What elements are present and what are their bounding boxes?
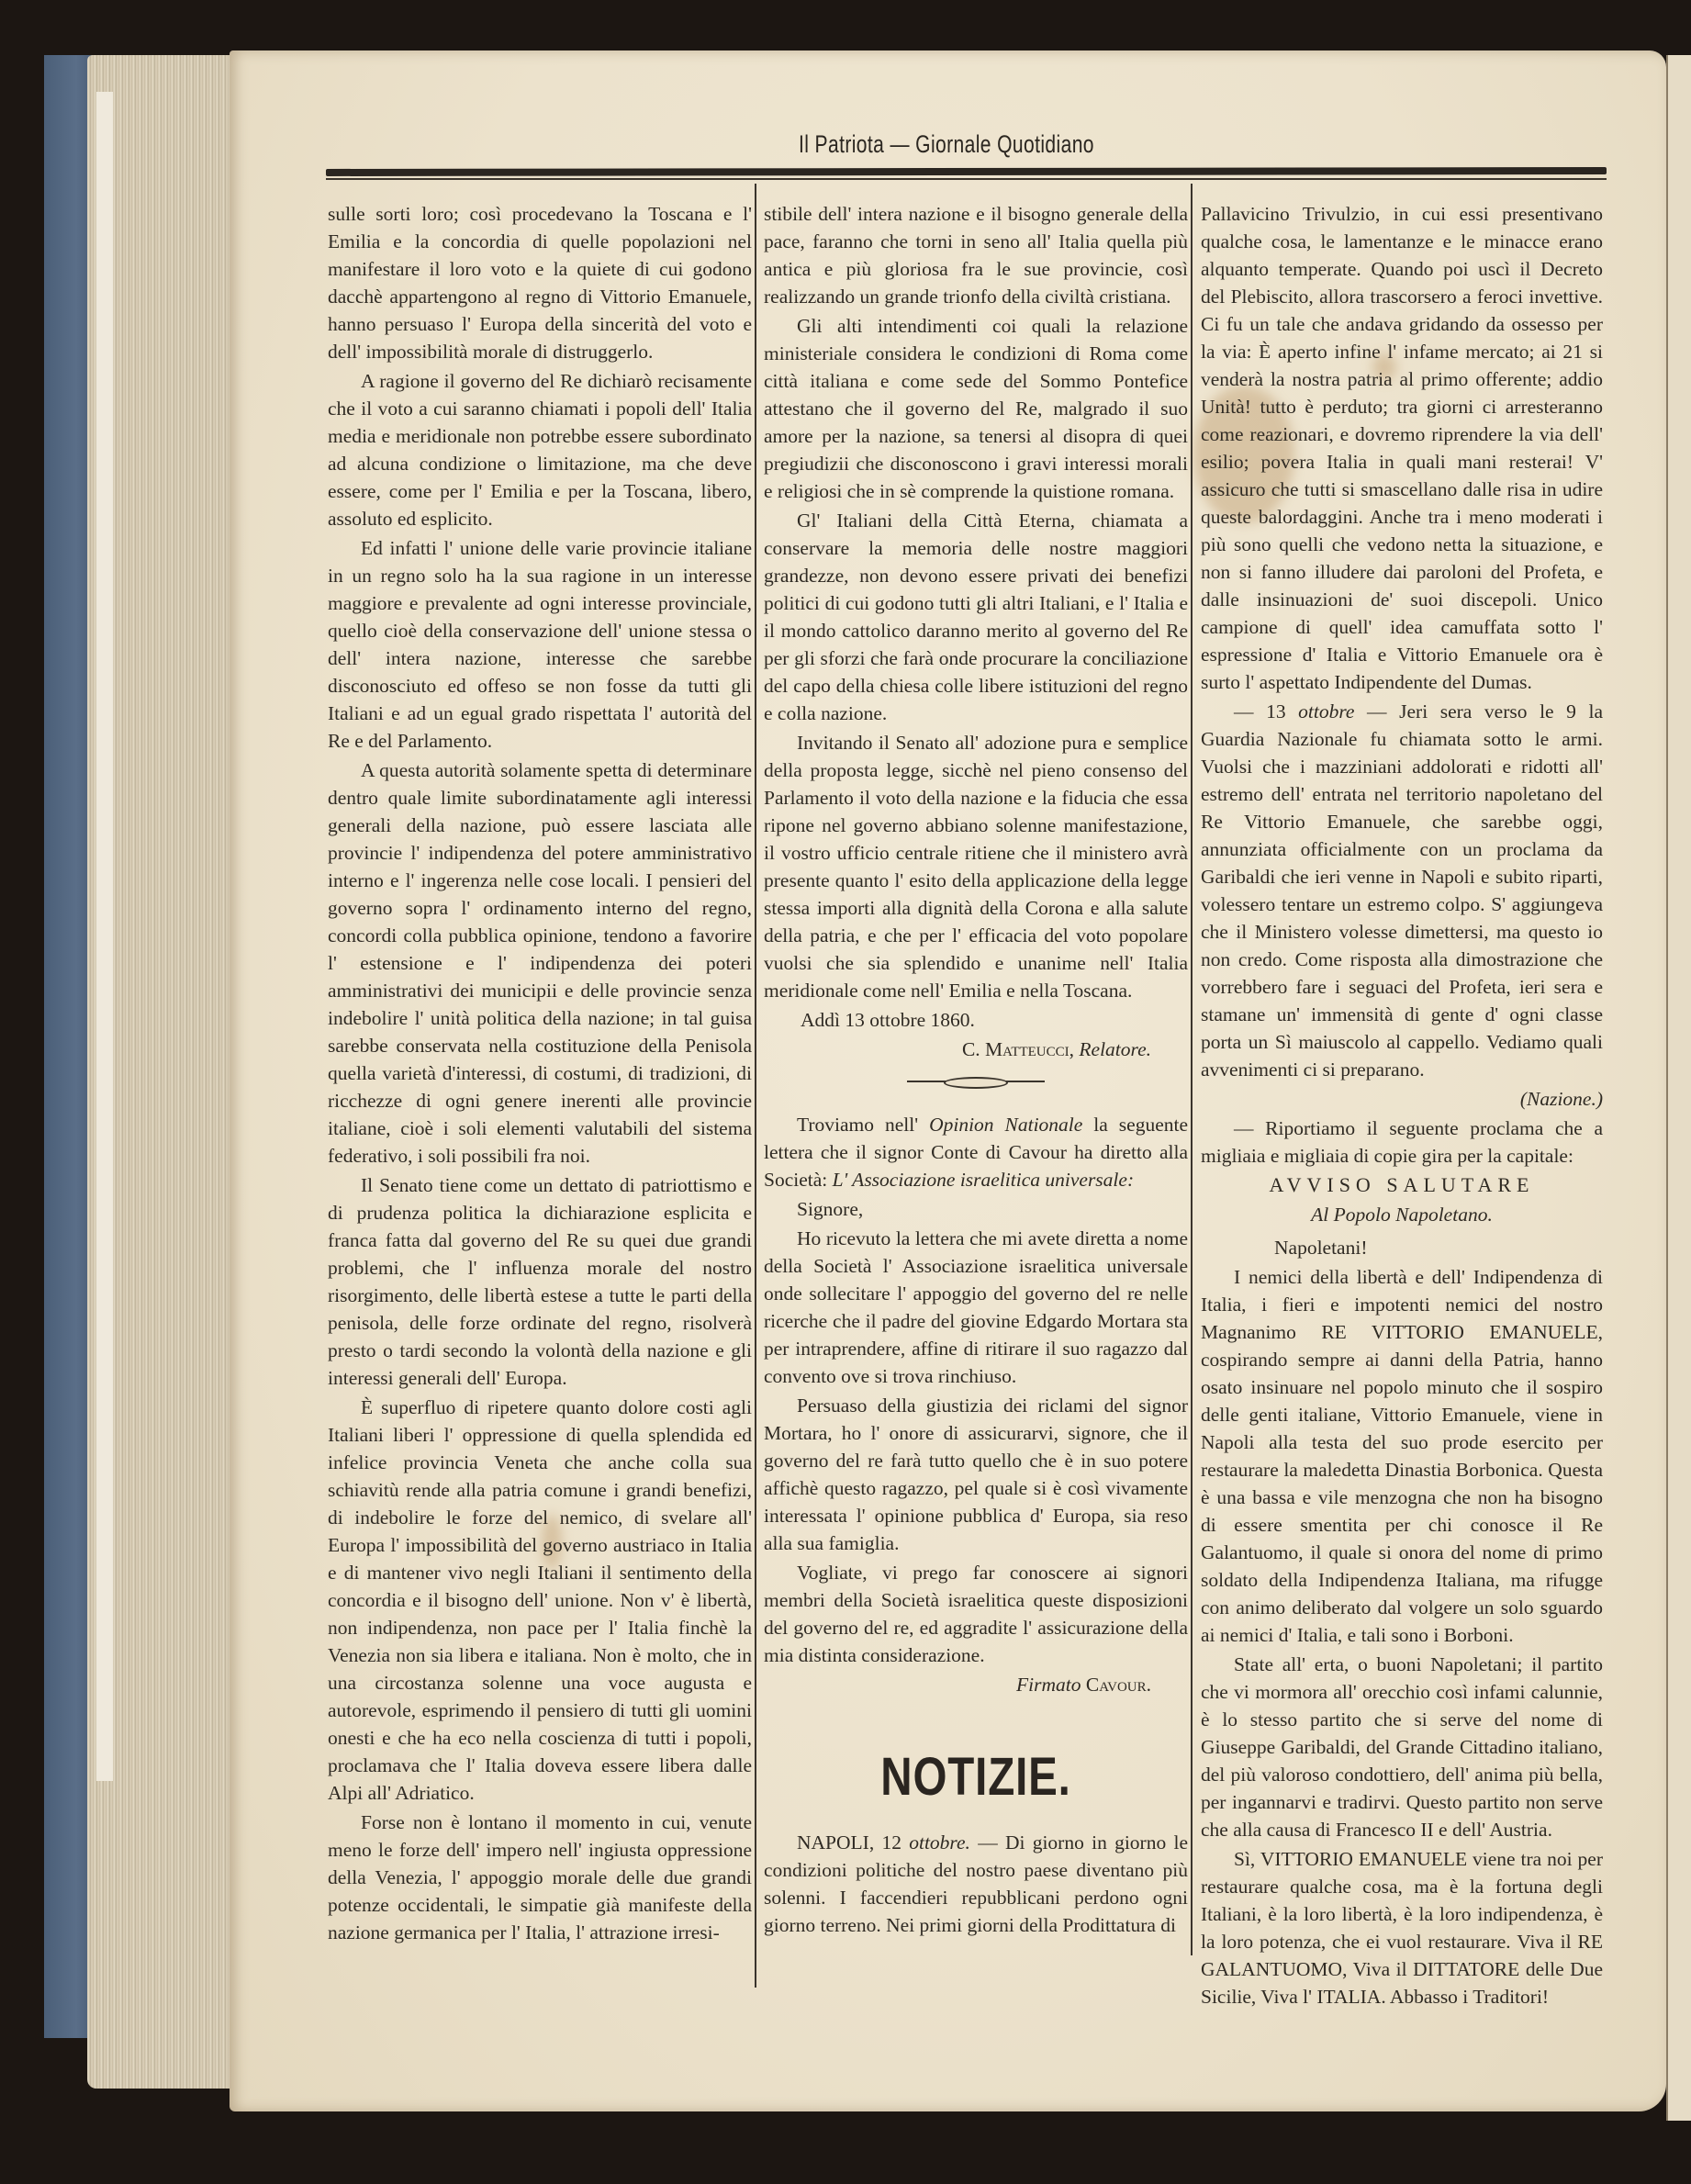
news-place: NAPOLI, 12 (797, 1831, 901, 1854)
paragraph: Forse non è lontano il momento in cui, v… (328, 1809, 752, 1946)
paragraph: Invitando il Senato all' adozione pura e… (764, 729, 1188, 1004)
paragraph: A questa autorità solamente spetta di de… (328, 756, 752, 1170)
report-signature: C. Matteucci, Relatore. (764, 1036, 1188, 1063)
paragraph: stibile dell' intera nazione e il bisogn… (764, 200, 1188, 310)
column-1: sulle sorti loro; così procedevano la To… (328, 200, 752, 1948)
section-heading-notizie: NOTIZIE. (802, 1750, 1150, 1805)
news-month: ottobre (1298, 700, 1354, 722)
signature-role: Relatore. (1079, 1038, 1151, 1060)
signed-name: Cavour. (1086, 1674, 1151, 1696)
signature-name: C. Matteucci, (962, 1038, 1074, 1060)
column-2: stibile dell' intera nazione e il bisogn… (764, 200, 1188, 1941)
paragraph: È superfluo di ripetere quanto dolore co… (328, 1394, 752, 1807)
news-month: ottobre. (909, 1831, 970, 1854)
letter-paragraph: Ho ricevuto la lettera che mi avete dire… (764, 1225, 1188, 1390)
paragraph: A ragione il governo del Re dichiarò rec… (328, 367, 752, 532)
column-divider (1191, 184, 1193, 1955)
news-text: — Jeri sera verso le 9 la Guardia Nazion… (1201, 700, 1603, 1081)
masthead: Il Patriota — Giornale Quotidiano (326, 129, 1607, 165)
letter-paragraph: Vogliate, vi prego far conoscere ai sign… (764, 1559, 1188, 1669)
paragraph: Gl' Italiani della Città Eterna, chiamat… (764, 507, 1188, 727)
news-item: — 13 ottobre — Jeri sera verso le 9 la G… (1201, 698, 1603, 1083)
signed-label: Firmato (1016, 1674, 1081, 1696)
ornamental-divider (907, 1076, 1045, 1087)
source-title: Opinion Nationale (929, 1114, 1082, 1136)
paragraph: Il Senato tiene come un dettato di patri… (328, 1171, 752, 1392)
proclamation-greeting: Napoletani! (1201, 1234, 1603, 1261)
intro-text: Troviamo nell' (797, 1114, 918, 1136)
proclama-intro: — Riportiamo il seguente proclama che a … (1201, 1114, 1603, 1170)
column-divider (755, 184, 756, 1988)
proclamation-paragraph: State all' erta, o buoni Napoletani; il … (1201, 1651, 1603, 1843)
report-date: Addì 13 ottobre 1860. (764, 1006, 1188, 1034)
paragraph: Ed infatti l' unione delle varie provinc… (328, 534, 752, 755)
paragraph: Gli alti intendimenti coi quali la relaz… (764, 312, 1188, 505)
paragraph: sulle sorti loro; così procedevano la To… (328, 200, 752, 365)
letter-salutation: Signore, (764, 1195, 1188, 1223)
next-page-edge (1666, 55, 1691, 2121)
column-3: Pallavicino Trivulzio, in cui essi prese… (1201, 200, 1603, 2012)
news-date: — 13 (1234, 700, 1286, 722)
newspaper-title: Il Patriota — Giornale Quotidiano (799, 130, 1094, 159)
letter-intro: Troviamo nell' Opinion Nationale la segu… (764, 1111, 1188, 1193)
paragraph: Pallavicino Trivulzio, in cui essi prese… (1201, 200, 1603, 696)
proclamation-paragraph: I nemici della libertà e dell' Indipende… (1201, 1263, 1603, 1649)
letter-paragraph: Persuaso della giustizia dei riclami del… (764, 1392, 1188, 1557)
masthead-rule-thin (326, 178, 1607, 180)
proclamation-paragraph: Sì, VITTORIO EMANUELE viene tra noi per … (1201, 1845, 1603, 2010)
news-item: NAPOLI, 12 ottobre. — Di giorno in giorn… (764, 1829, 1188, 1939)
page-edge (96, 92, 113, 1781)
letter-signature: Firmato Cavour. (764, 1671, 1188, 1698)
news-source: (Nazione.) (1201, 1085, 1603, 1113)
society-name: L' Associazione israelitica universale: (833, 1169, 1134, 1191)
proclamation-subtitle: Al Popolo Napoletano. (1201, 1201, 1603, 1228)
proclamation-title: AVVISO SALUTARE (1201, 1171, 1603, 1199)
